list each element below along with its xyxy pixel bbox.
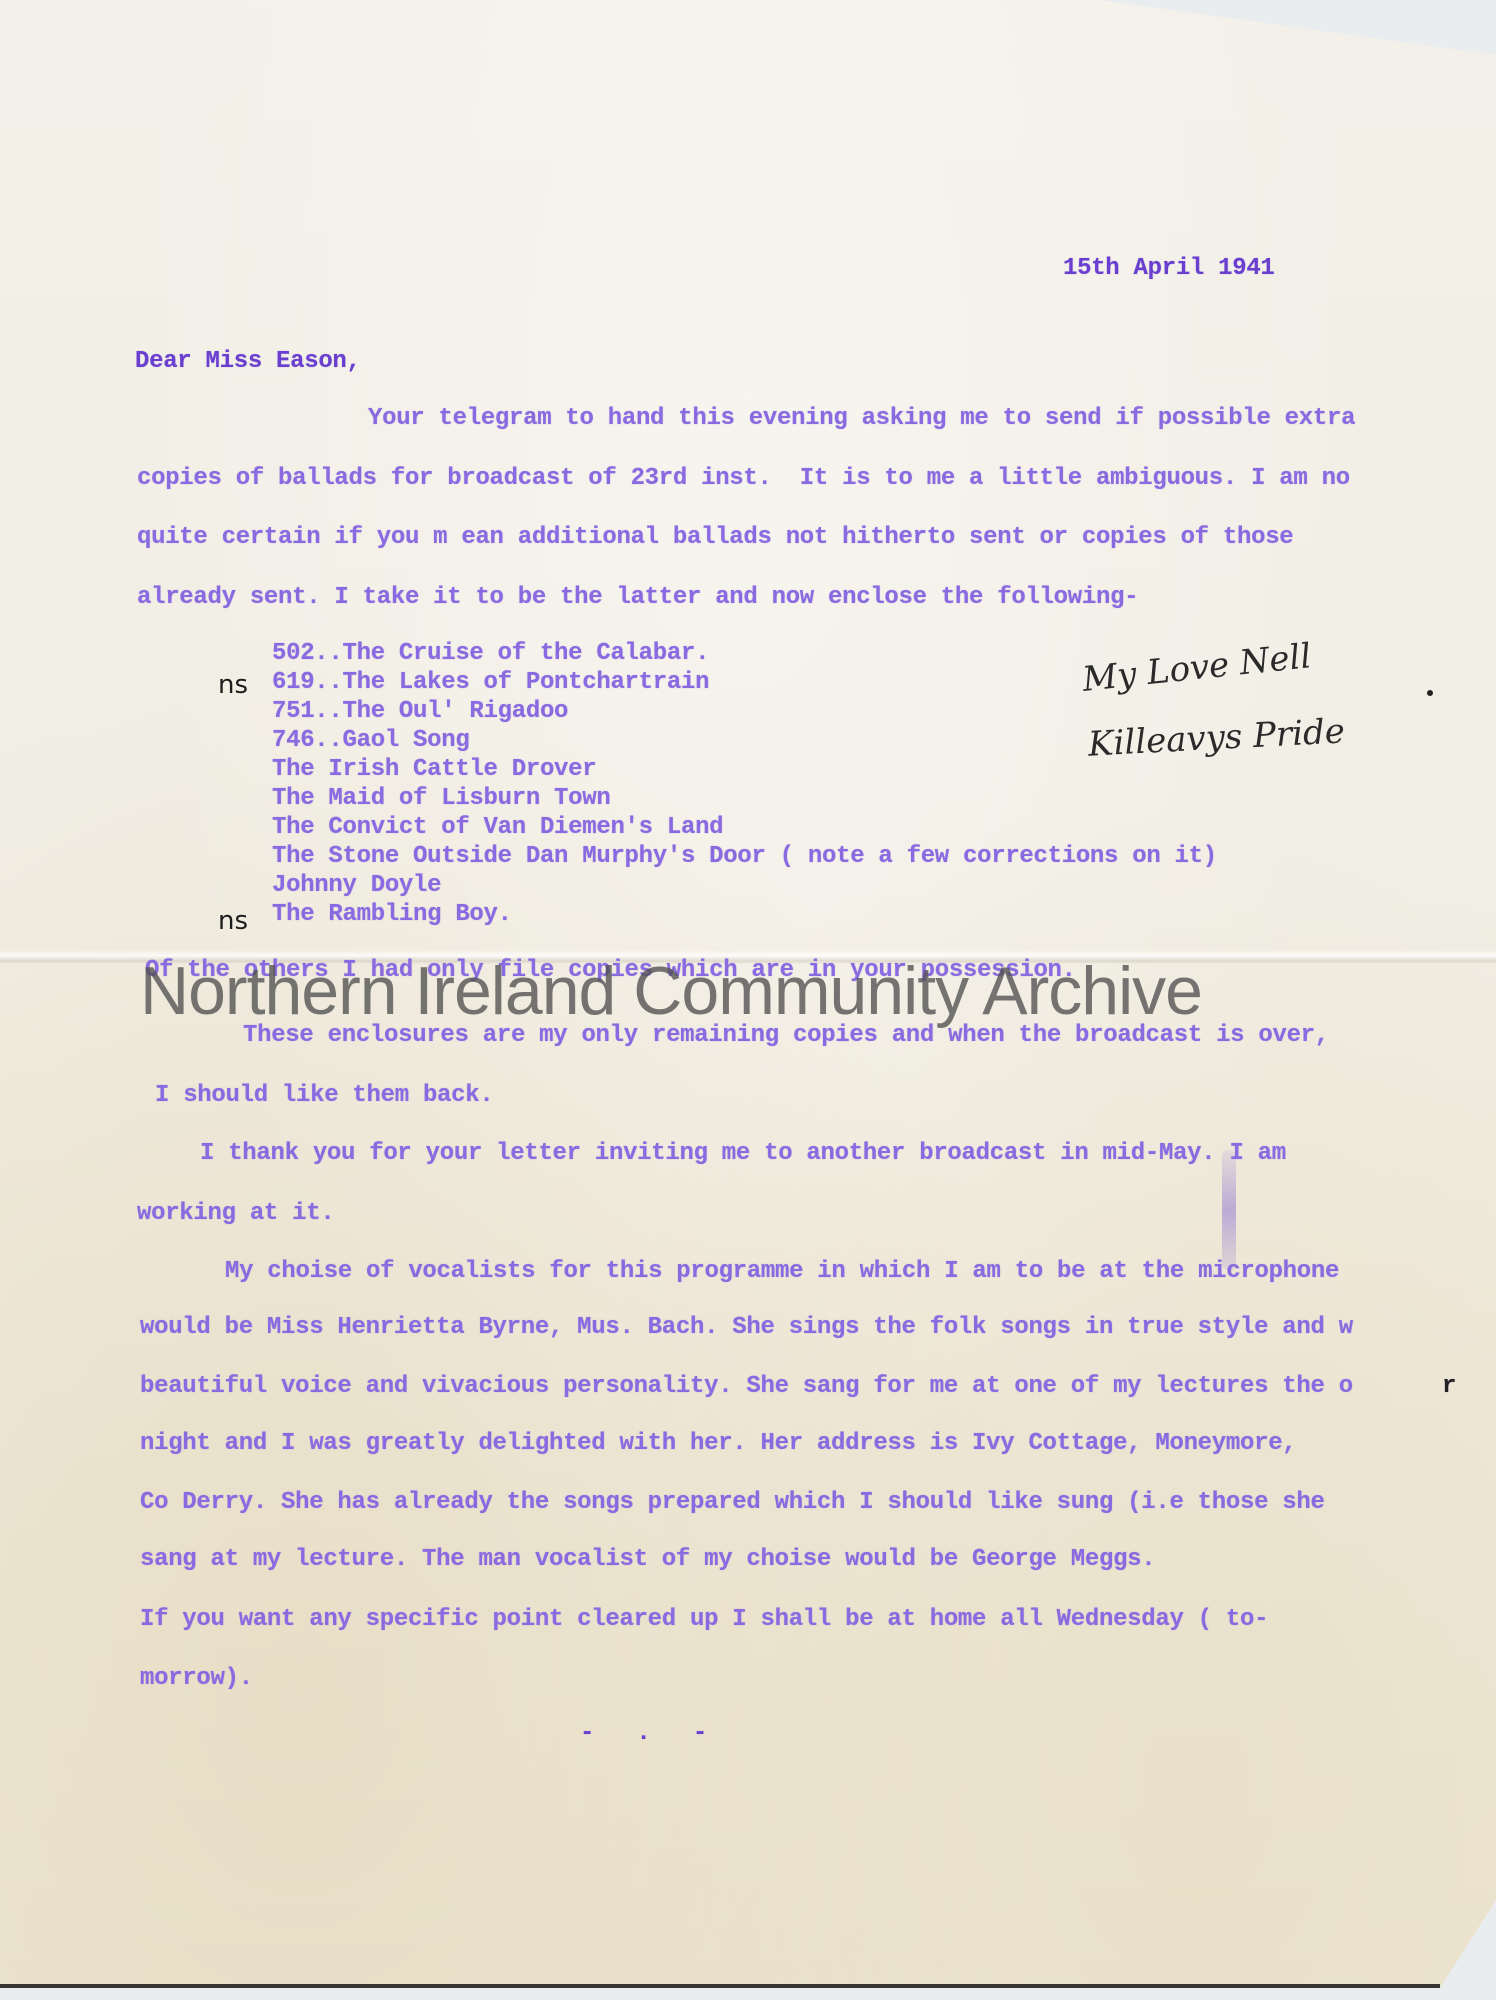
- body-line: beautiful voice and vivacious personalit…: [140, 1373, 1353, 1400]
- ballad-item: 746..Gaol Song: [272, 727, 469, 754]
- ballad-item: 619..The Lakes of Pontchartrain: [272, 669, 709, 696]
- margin-character: r: [1442, 1373, 1456, 1400]
- ballad-item: 502..The Cruise of the Calabar.: [272, 640, 709, 667]
- body-line: Your telegram to hand this evening askin…: [368, 405, 1355, 432]
- body-line: quite certain if you m ean additional ba…: [137, 524, 1293, 551]
- body-line: If you want any specific point cleared u…: [140, 1606, 1268, 1633]
- body-line: morrow).: [140, 1665, 253, 1692]
- handwritten-ns-mark: ns: [218, 670, 248, 700]
- body-line: sang at my lecture. The man vocalist of …: [140, 1546, 1155, 1573]
- pencil-dot: [1427, 690, 1433, 696]
- ballad-item: The Irish Cattle Drover: [272, 756, 596, 783]
- body-line: Co Derry. She has already the songs prep…: [140, 1489, 1325, 1516]
- body-line: I thank you for your letter inviting me …: [200, 1140, 1286, 1167]
- ballad-item: The Maid of Lisburn Town: [272, 785, 610, 812]
- handwritten-ns-mark: ns: [218, 906, 248, 936]
- body-line: already sent. I take it to be the latter…: [137, 584, 1138, 611]
- page-edge-shadow: [0, 1984, 1440, 1988]
- ballad-item: Johnny Doyle: [272, 872, 441, 899]
- archive-watermark: Northern Ireland Community Archive: [140, 952, 1202, 1030]
- ballad-item: The Rambling Boy.: [272, 901, 512, 928]
- body-line: I should like them back.: [155, 1082, 493, 1109]
- ink-smudge: [1222, 1150, 1236, 1270]
- ballad-item: 751..The Oul' Rigadoo: [272, 698, 568, 725]
- body-line: would be Miss Henrietta Byrne, Mus. Bach…: [140, 1314, 1353, 1341]
- body-line: These enclosures are my only remaining c…: [243, 1022, 1329, 1049]
- closing-marks: - . -: [580, 1720, 707, 1747]
- body-line: My choise of vocalists for this programm…: [225, 1258, 1339, 1285]
- ballad-item: The Convict of Van Diemen's Land: [272, 814, 723, 841]
- body-line: night and I was greatly delighted with h…: [140, 1430, 1296, 1457]
- ballad-item: The Stone Outside Dan Murphy's Door ( no…: [272, 843, 1217, 870]
- body-line: copies of ballads for broadcast of 23rd …: [137, 465, 1350, 492]
- body-line: working at it.: [137, 1200, 334, 1227]
- salutation: Dear Miss Eason,: [135, 348, 361, 375]
- letter-date: 15th April 1941: [1063, 255, 1275, 282]
